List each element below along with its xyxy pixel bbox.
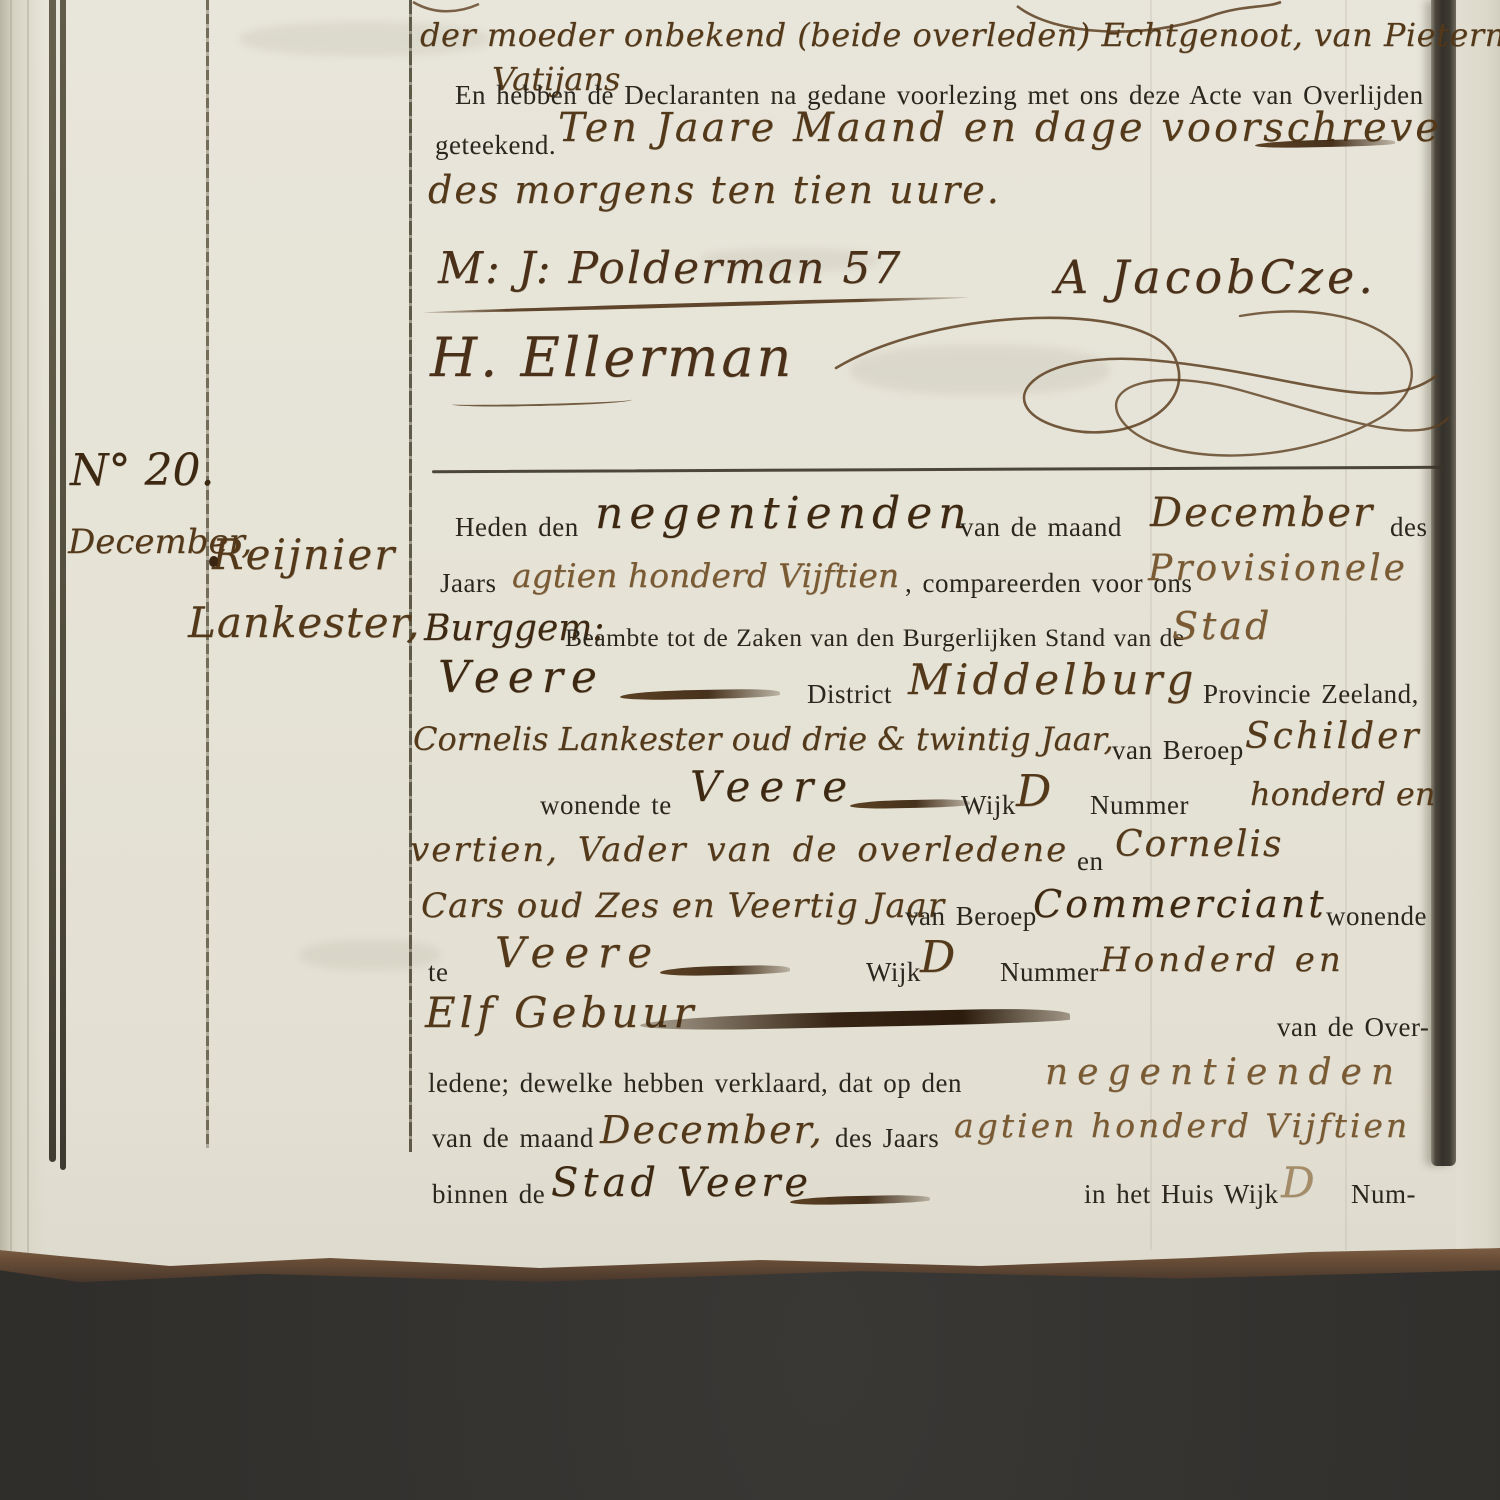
label-van-de-over: van de Over- [1277, 1012, 1429, 1043]
value-stad-1: Stad [1172, 604, 1272, 648]
signature-polderman: M: J: Polderman 57 [438, 243, 902, 294]
value-place-veere-1: Veere [438, 652, 605, 703]
label-beambte-clause: Beambte tot de Zaken van den Burgerlijke… [565, 623, 1185, 653]
scan-background: der moeder onbekend (beide overleden) Ec… [0, 0, 1500, 1500]
value-declarant1-name-age: Cornelis Lankester oud drie & twintig Ja… [413, 720, 1114, 758]
signature-flourish [452, 396, 632, 407]
value-month: December [1150, 490, 1374, 536]
value-place-veere-3: Veere [495, 928, 661, 977]
label-district: District [807, 679, 892, 710]
value-house-number-1b-relation: vertien, Vader van de overledene [410, 830, 1068, 870]
ink-flourish [640, 1007, 1070, 1031]
deceased-last-name: Lankester, [188, 598, 420, 647]
value-official-title-1: Provisionele [1148, 548, 1408, 589]
value-wijk-letter-2: D [920, 932, 955, 983]
value-wijk-letter-3: D [1281, 1158, 1315, 1207]
label-te: te [428, 957, 449, 988]
ink-flourish [850, 799, 970, 810]
signature-jacobcze: A JacobCze. [1055, 250, 1377, 304]
label-en: en [1077, 846, 1103, 877]
label-binnen-de: binnen de [432, 1179, 545, 1210]
register-page: der moeder onbekend (beide overleden) Ec… [0, 0, 1500, 1270]
margin-rule-line [60, 0, 66, 1170]
label-wijk-1: Wijk [961, 790, 1016, 821]
label-verklaard-clause: ledene; dewelke hebben verklaard, dat op… [428, 1068, 962, 1099]
label-in-het-huis-wijk: in het Huis Wijk [1084, 1179, 1279, 1210]
paper-crease [27, 0, 29, 1270]
value-place-veere-2: Veere [690, 762, 856, 811]
deceased-first-name: Reijnier [212, 530, 396, 579]
label-nummer-1: Nummer [1090, 790, 1189, 821]
value-declarant1-occupation: Schilder [1245, 716, 1422, 757]
label-van-beroep-1: van Beroep [1112, 735, 1244, 766]
margin-rule-line [206, 0, 209, 1148]
book-binding-edge [0, 0, 46, 1270]
value-declarant2-name-age: Cars oud Zes en Veertig Jaar [421, 886, 945, 926]
value-house-number-1a: honderd en [1250, 775, 1435, 813]
value-district: Middelburg [908, 655, 1197, 704]
label-provincie-zeeland: Provincie Zeeland, [1203, 679, 1419, 710]
label-van-de-maand: van de maand [960, 512, 1122, 543]
value-death-place: Stad Veere [551, 1160, 812, 1206]
label-wonende-2: wonende [1326, 901, 1427, 932]
value-house-number-2b-relation: Elf Gebuur [425, 988, 697, 1037]
ink-flourish [660, 965, 790, 977]
ink-flourish [620, 688, 780, 700]
facing-page-sliver [1456, 0, 1500, 1250]
label-des-jaars: des Jaars [835, 1123, 939, 1154]
label-jaars: Jaars [440, 568, 496, 599]
signature-flourish [820, 298, 1460, 488]
value-wijk-letter-1: D [1016, 766, 1051, 817]
prev-act-geteekend-label: geteekend. [435, 130, 556, 161]
value-death-year: agtien honderd Vijftien [954, 1106, 1410, 1145]
label-van-de-maand-2: van de maand [432, 1123, 594, 1154]
label-van-beroep-2: van Beroep [905, 901, 1037, 932]
value-house-number-2a: Honderd en [1100, 940, 1345, 980]
act-number: N° 20. [70, 445, 214, 496]
value-death-day: negentienden [1045, 1052, 1403, 1093]
margin-rule-line [49, 0, 56, 1162]
label-wijk-2: Wijk [866, 957, 921, 988]
prev-act-mother-note: der moeder onbekend (beide overleden) Ec… [420, 16, 1500, 54]
prev-act-time-clause: des morgens ten tien uure. [428, 168, 1001, 212]
value-declarant2-occupation: Commerciant [1033, 882, 1327, 926]
value-declarant2-first-name: Cornelis [1115, 824, 1283, 865]
label-num-hyphen: Num- [1351, 1179, 1416, 1210]
label-nummer-2: Nummer [1000, 957, 1099, 988]
label-des: des [1390, 512, 1428, 543]
margin-rule-line [409, 0, 412, 1152]
value-day-of-month: negentienden [595, 488, 973, 539]
paper-crease [10, 0, 12, 1270]
ink-blot [209, 556, 218, 567]
signature-ellerman: H. Ellerman [430, 326, 794, 389]
ink-bleed-through [300, 940, 440, 970]
label-heden-den: Heden den [455, 512, 579, 543]
value-year: agtien honderd Vijftien [512, 556, 899, 595]
page-fold-shadow [1431, 0, 1456, 1166]
value-death-month: December, [600, 1108, 824, 1152]
label-wonende-te-1: wonende te [540, 790, 672, 821]
